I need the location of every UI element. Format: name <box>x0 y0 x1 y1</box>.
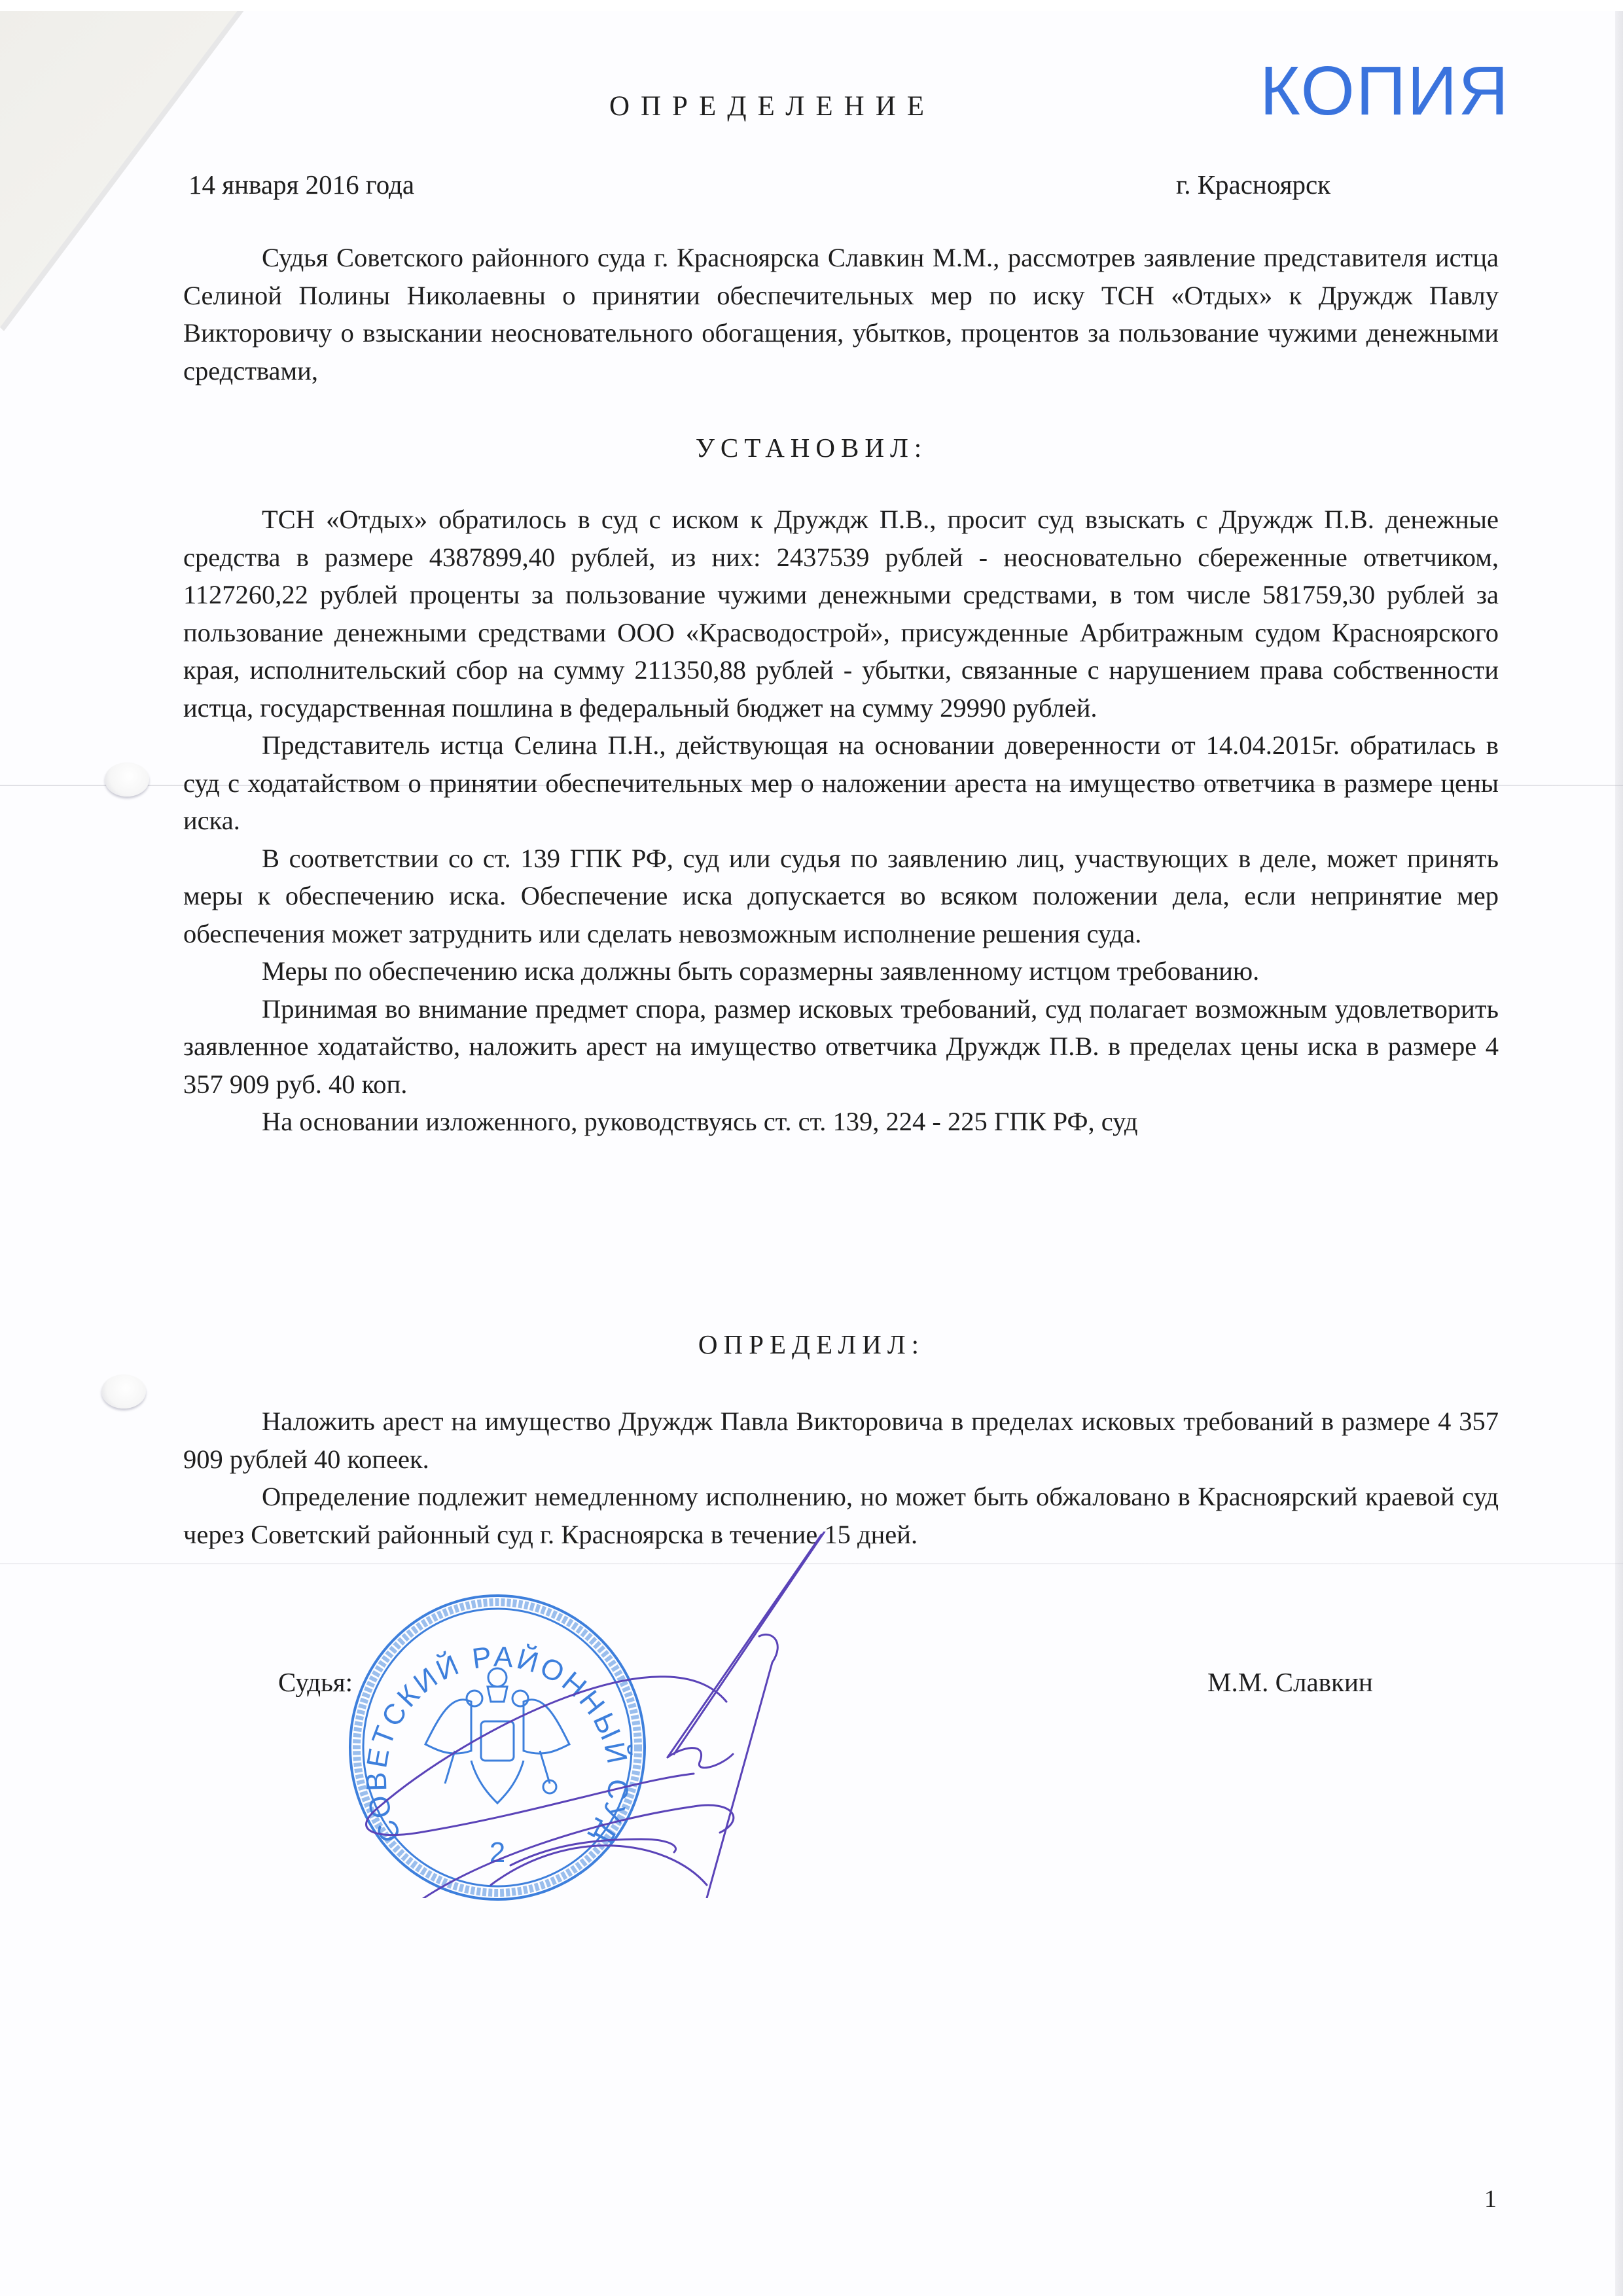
paragraph: ТСН «Отдых» обратилось в суд с иском к Д… <box>183 501 1499 726</box>
paper-fold-line <box>0 1563 1623 1564</box>
paragraph: Определение подлежит немедленному исполн… <box>183 1478 1499 1553</box>
established-section: ТСН «Отдых» обратилось в суд с иском к Д… <box>183 501 1499 1141</box>
decided-section: Наложить арест на имущество Друждж Павла… <box>183 1403 1499 1553</box>
document-city: г. Красноярск <box>1176 169 1330 200</box>
intro-paragraph: Судья Советского районного суда г. Красн… <box>183 239 1499 389</box>
svg-text:СОВЕТСКИЙ РАЙОННЫЙ СУД Г. КРАС: СОВЕТСКИЙ РАЙОННЫЙ СУД Г. КРАСНОЯРСКА <box>340 1587 635 1851</box>
paragraph: Принимая во внимание предмет спора, разм… <box>183 990 1499 1103</box>
hole-punch-mark <box>101 1374 146 1408</box>
seal-number: 2 <box>490 1837 505 1869</box>
paragraph: Наложить арест на имущество Друждж Павла… <box>183 1403 1499 1478</box>
paragraph: Представитель истца Селина П.Н., действу… <box>183 726 1499 840</box>
paragraph: Меры по обеспечению иска должны быть сор… <box>183 952 1499 990</box>
copy-stamp: КОПИЯ <box>1260 56 1510 126</box>
paragraph: В соответствии со ст. 139 ГПК РФ, суд ил… <box>183 840 1499 953</box>
scan-right-edge <box>1615 0 1623 2296</box>
paragraph: На основании изложенного, руководствуясь… <box>183 1103 1499 1141</box>
heading-text: ОПРЕДЕЛИЛ: <box>698 1329 925 1359</box>
section-heading-decided: ОПРЕДЕЛИЛ: <box>0 1329 1623 1360</box>
section-heading-established: УСТАНОВИЛ: <box>0 432 1623 463</box>
court-seal-icon: СОВЕТСКИЙ РАЙОННЫЙ СУД Г. КРАСНОЯРСКА 2 <box>340 1587 654 1908</box>
document-page: ОПРЕДЕЛЕНИЕ КОПИЯ 14 января 2016 года г.… <box>0 0 1623 2296</box>
hole-punch-mark <box>105 762 149 797</box>
signature-label: Судья: <box>278 1666 353 1698</box>
document-date: 14 января 2016 года <box>188 169 414 200</box>
heading-text: УСТАНОВИЛ: <box>696 433 927 463</box>
scan-top-border <box>0 0 1623 11</box>
judge-name: М.М. Славкин <box>1207 1666 1373 1698</box>
page-number: 1 <box>1484 2185 1497 2214</box>
intro-text: Судья Советского районного суда г. Красн… <box>183 239 1499 389</box>
